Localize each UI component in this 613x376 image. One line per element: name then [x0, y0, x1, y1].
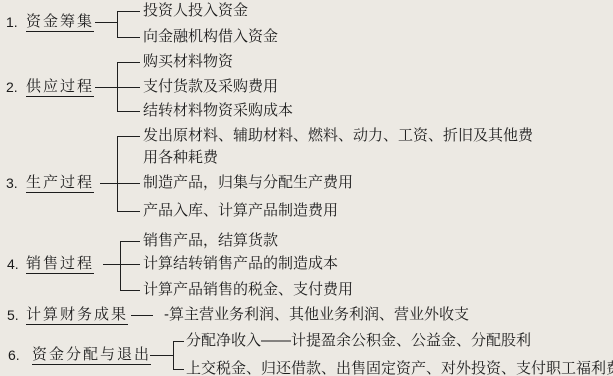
group6-connector-line [150, 355, 173, 356]
group1-connector-line [95, 22, 117, 23]
group3-number: 3. [6, 175, 18, 191]
group1-bracket-line [117, 11, 118, 38]
group5-item: -算主营业务利润、其他业务利润、营业外收支 [164, 307, 469, 323]
group3-connector-line [100, 183, 140, 184]
group3-bracket-line [117, 136, 118, 211]
group4-bracket-line [120, 241, 121, 291]
group4-label: 销售过程 [26, 256, 94, 274]
group4-connector-line [103, 264, 140, 265]
group6-item: 上交税金、归还借款、出售固定资产、对外投资、支付职工福利费等 [186, 361, 613, 376]
group5-label: 计算财务成果 [26, 307, 128, 325]
group4-item: 计算结转销售产品的制造成本 [143, 256, 338, 272]
group4-item: 销售产品，结算货款 [143, 233, 278, 249]
group2-bracket-line [117, 62, 118, 112]
group5-number: 5. [7, 307, 19, 323]
group2-tick-line [117, 111, 140, 112]
group2-number: 2. [6, 79, 18, 95]
group6-tick-line [173, 369, 184, 370]
group1-item: 投资人投入资金 [143, 3, 248, 19]
group2-item: 结转材料物资采购成本 [143, 103, 293, 119]
group6-tick-line [173, 341, 184, 342]
group6-number: 6. [8, 347, 20, 363]
group4-tick-line [120, 290, 140, 291]
group1-tick-line [117, 11, 140, 12]
group2-label: 供应过程 [26, 79, 94, 97]
group3-tick-line [117, 211, 140, 212]
group6-label: 资金分配与退出 [32, 347, 151, 365]
group2-item: 支付货款及采购费用 [143, 79, 278, 95]
group1-label: 资金筹集 [26, 14, 94, 32]
group3-item-wrap: 用各种耗费 [143, 150, 218, 166]
group2-tick-line [117, 62, 140, 63]
diagram-canvas: 1. 资金筹集 投资人投入资金 向金融机构借入资金 2. 供应过程 购买材料物资… [0, 0, 613, 376]
group4-tick-line [120, 241, 140, 242]
group4-number: 4. [7, 256, 19, 272]
group6-bracket-line [173, 341, 174, 369]
group3-item: 发出原材料、辅助材料、燃料、动力、工资、折旧及其他费 [143, 128, 533, 144]
group3-label: 生产过程 [26, 175, 94, 193]
group4-item: 计算产品销售的税金、支付费用 [143, 282, 353, 298]
group3-item: 产品入库、计算产品制造费用 [143, 203, 338, 219]
group3-tick-line [117, 136, 140, 137]
group1-number: 1. [6, 14, 18, 30]
group2-item: 购买材料物资 [143, 54, 233, 70]
group5-dash-line [131, 315, 153, 316]
group1-tick-line [117, 37, 140, 38]
group6-item: 分配净收入——计提盈余公积金、公益金、分配股利 [186, 333, 531, 349]
group1-item: 向金融机构借入资金 [143, 29, 278, 45]
group3-item: 制造产品，归集与分配生产费用 [143, 175, 353, 191]
